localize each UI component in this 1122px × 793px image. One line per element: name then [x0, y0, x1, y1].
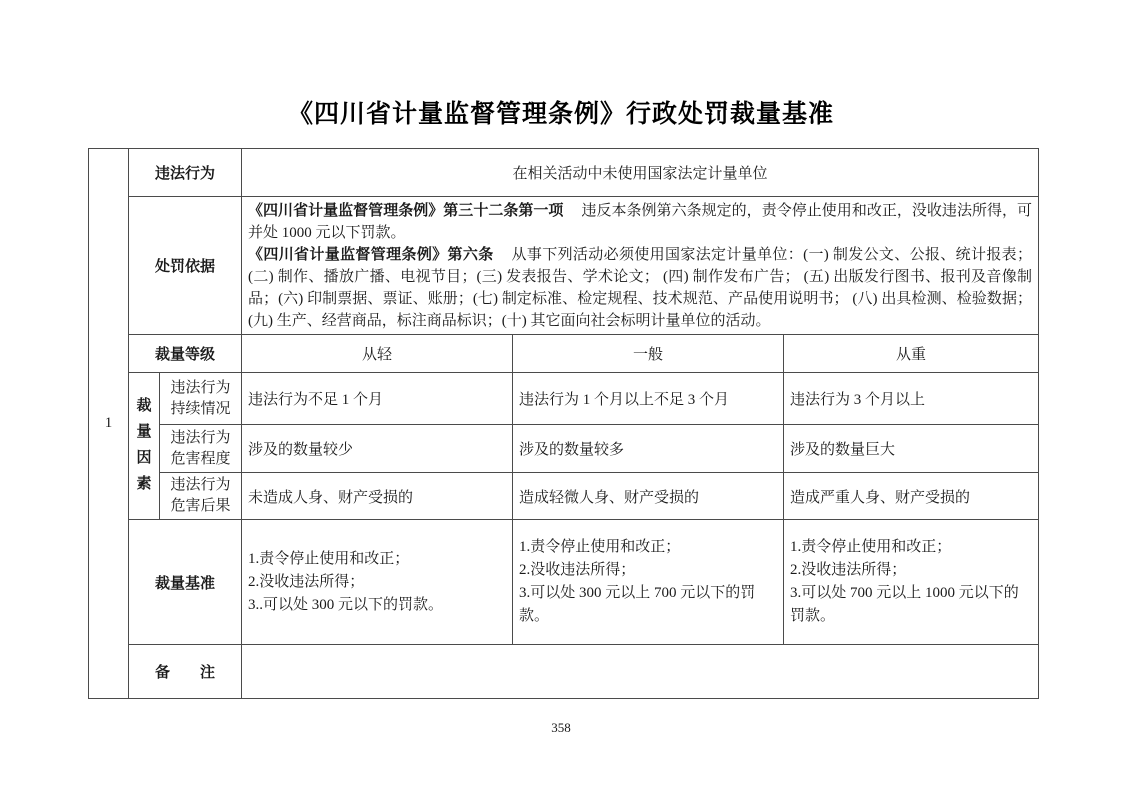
standard-row: 裁量基准 1.责令停止使用和改正； 2.没收违法所得； 3..可以处 300 元… [89, 520, 1039, 645]
remark-value [242, 645, 1039, 699]
standard-normal-item-2: 2.没收违法所得； [519, 559, 777, 582]
page-title: 《四川省计量监督管理条例》行政处罚裁量基准 [0, 94, 1122, 130]
factor-consequence-label: 违法行为危害后果 [160, 473, 242, 520]
violation-row: 1 违法行为 在相关活动中未使用国家法定计量单位 [89, 149, 1039, 197]
basis-label: 处罚依据 [129, 197, 242, 335]
factor-duration-label: 违法行为持续情况 [160, 373, 242, 425]
page-number: 358 [0, 720, 1122, 736]
basis-row: 处罚依据 《四川省计量监督管理条例》第三十二条第一项违反本条例第六条规定的，责令… [89, 197, 1039, 335]
penalty-discretion-table: 1 违法行为 在相关活动中未使用国家法定计量单位 处罚依据 《四川省计量监督管理… [88, 148, 1039, 699]
factor-degree-light: 涉及的数量较少 [242, 425, 513, 473]
violation-value: 在相关活动中未使用国家法定计量单位 [242, 149, 1039, 197]
remark-row: 备 注 [89, 645, 1039, 699]
factor-consequence-light: 未造成人身、财产受损的 [242, 473, 513, 520]
standard-heavy-item-1: 1.责令停止使用和改正； [790, 536, 1032, 559]
grade-level-heavy: 从重 [784, 335, 1039, 373]
standard-light-item-2: 2.没收违法所得； [248, 571, 506, 594]
factor-consequence-heavy: 造成严重人身、财产受损的 [784, 473, 1039, 520]
factor-consequence-normal: 造成轻微人身、财产受损的 [513, 473, 784, 520]
standard-light-list: 1.责令停止使用和改正； 2.没收违法所得； 3..可以处 300 元以下的罚款… [242, 520, 513, 645]
factor-duration-normal: 违法行为 1 个月以上不足 3 个月 [513, 373, 784, 425]
factor-degree-normal: 涉及的数量较多 [513, 425, 784, 473]
basis-clause-1-title: 《四川省计量监督管理条例》第三十二条第一项 [248, 203, 563, 219]
factor-degree-heavy: 涉及的数量巨大 [784, 425, 1039, 473]
basis-text: 《四川省计量监督管理条例》第三十二条第一项违反本条例第六条规定的，责令停止使用和… [242, 197, 1039, 335]
basis-paragraph-1: 《四川省计量监督管理条例》第三十二条第一项违反本条例第六条规定的，责令停止使用和… [248, 200, 1032, 244]
factor-row-degree: 违法行为危害程度 涉及的数量较少 涉及的数量较多 涉及的数量巨大 [89, 425, 1039, 473]
standard-light-item-1: 1.责令停止使用和改正； [248, 548, 506, 571]
standard-heavy-list: 1.责令停止使用和改正； 2.没收违法所得； 3.可以处 700 元以上 100… [784, 520, 1039, 645]
standard-label: 裁量基准 [129, 520, 242, 645]
grade-label: 裁量等级 [129, 335, 242, 373]
factor-row-consequence: 违法行为危害后果 未造成人身、财产受损的 造成轻微人身、财产受损的 造成严重人身… [89, 473, 1039, 520]
grade-level-light: 从轻 [242, 335, 513, 373]
standard-normal-item-3: 3.可以处 300 元以上 700 元以下的罚款。 [519, 582, 777, 628]
document-page: 《四川省计量监督管理条例》行政处罚裁量基准 1 违法行为 在相关活动中未使用国家… [0, 0, 1122, 793]
remark-label: 备 注 [129, 645, 242, 699]
standard-heavy-item-3: 3.可以处 700 元以上 1000 元以下的罚款。 [790, 582, 1032, 628]
factor-degree-label: 违法行为危害程度 [160, 425, 242, 473]
factor-duration-heavy: 违法行为 3 个月以上 [784, 373, 1039, 425]
basis-clause-2-title: 《四川省计量监督管理条例》第六条 [248, 247, 494, 263]
factor-duration-light: 违法行为不足 1 个月 [242, 373, 513, 425]
factor-row-duration: 裁量因素 违法行为持续情况 违法行为不足 1 个月 违法行为 1 个月以上不足 … [89, 373, 1039, 425]
factors-label: 裁量因素 [129, 373, 160, 520]
violation-label: 违法行为 [129, 149, 242, 197]
standard-light-item-3: 3..可以处 300 元以下的罚款。 [248, 594, 506, 617]
factors-label-text: 裁量因素 [137, 394, 152, 497]
grade-row: 裁量等级 从轻 一般 从重 [89, 335, 1039, 373]
basis-paragraph-2: 《四川省计量监督管理条例》第六条从事下列活动必须使用国家法定计量单位：(一) 制… [248, 244, 1032, 332]
standard-normal-list: 1.责令停止使用和改正； 2.没收违法所得； 3.可以处 300 元以上 700… [513, 520, 784, 645]
grade-level-normal: 一般 [513, 335, 784, 373]
standard-normal-item-1: 1.责令停止使用和改正； [519, 536, 777, 559]
row-number: 1 [89, 149, 129, 699]
standard-heavy-item-2: 2.没收违法所得； [790, 559, 1032, 582]
